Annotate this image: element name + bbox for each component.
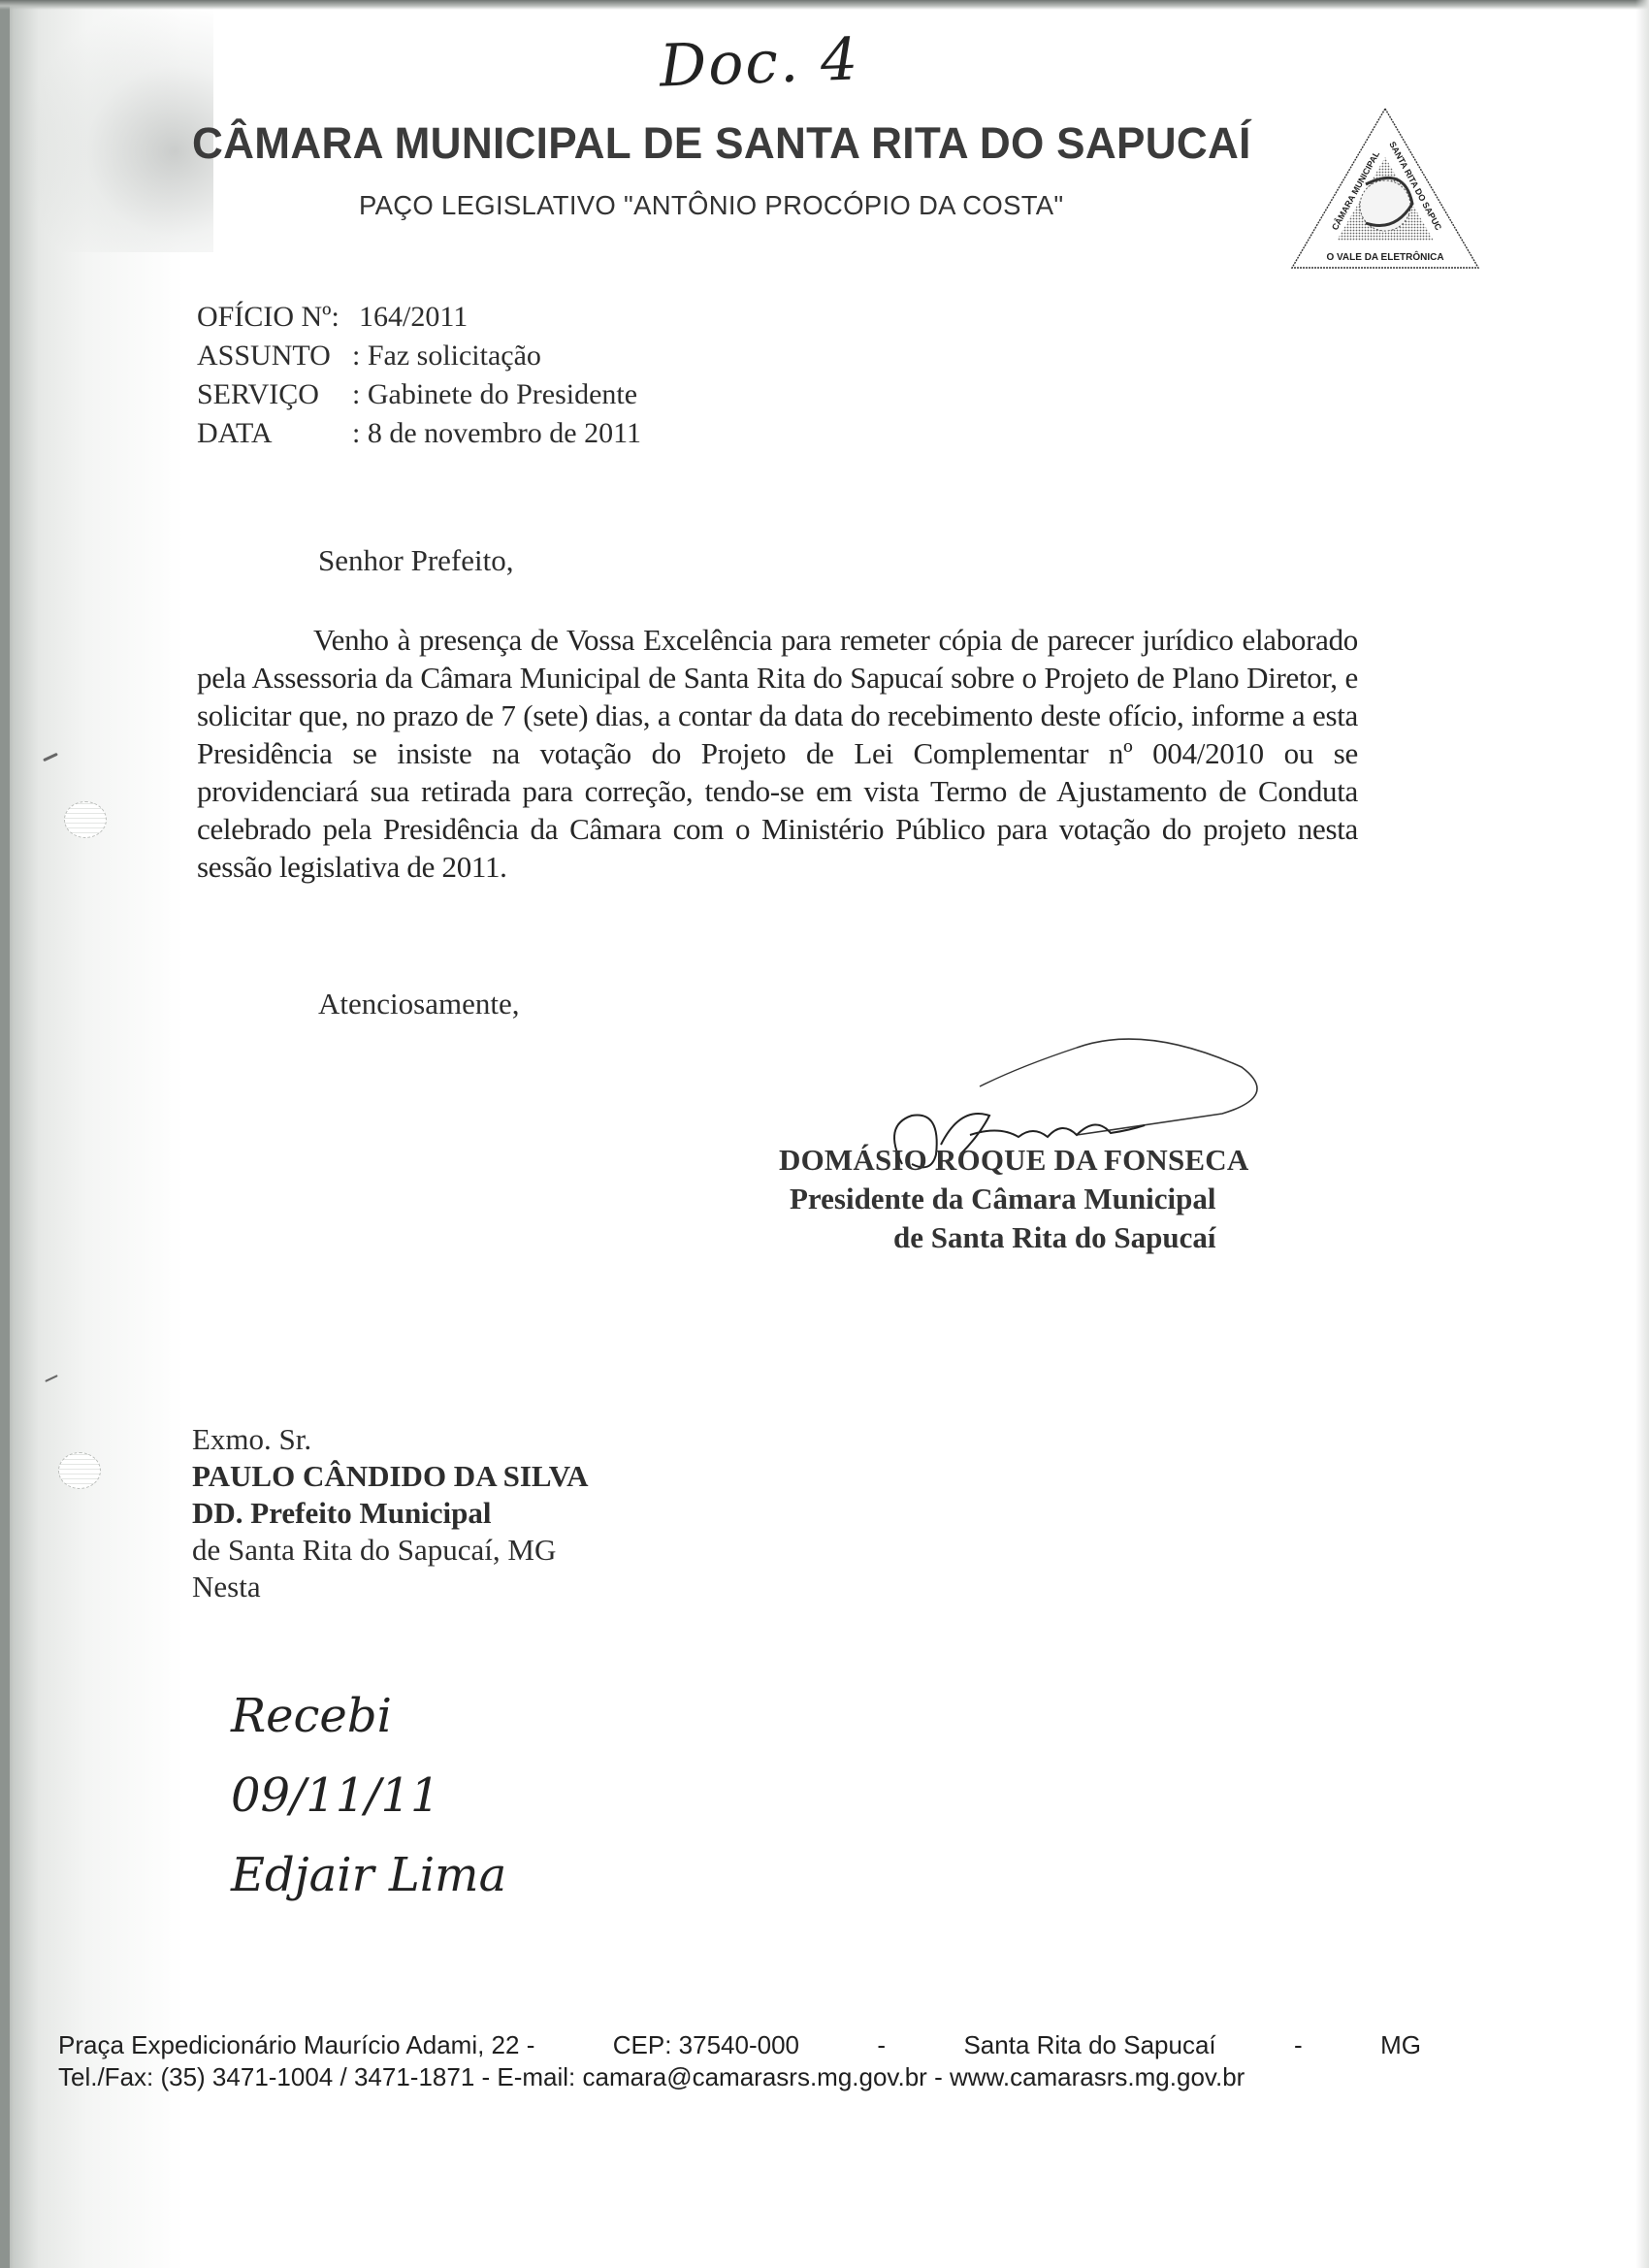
signer-place: de Santa Rita do Sapucaí: [779, 1218, 1248, 1257]
scan-fold-shadow: [19, 0, 213, 252]
meta-row-servico: SERVIÇO : Gabinete do Presidente: [197, 375, 641, 414]
scan-edge-right: [1635, 0, 1649, 2268]
closing: Atenciosamente,: [318, 987, 519, 1021]
recipient-delivery: Nesta: [192, 1569, 589, 1605]
meta-label: OFÍCIO Nº:: [197, 298, 359, 337]
letter-meta: OFÍCIO Nº: 164/2011 ASSUNTO : Faz solici…: [197, 298, 641, 453]
recipient-title: DD. Prefeito Municipal: [192, 1495, 589, 1532]
receipt-signature: Edjair Lima: [231, 1835, 506, 1915]
recipient-name: PAULO CÂNDIDO DA SILVA: [192, 1458, 589, 1495]
footer-sep: -: [1294, 2029, 1303, 2061]
meta-value: : Gabinete do Presidente: [352, 375, 637, 414]
letter-body: Venho à presença de Vossa Excelência par…: [197, 621, 1358, 886]
meta-row-oficio: OFÍCIO Nº: 164/2011: [197, 298, 641, 337]
meta-row-data: DATA : 8 de novembro de 2011: [197, 414, 641, 453]
svg-text:O VALE DA ELETRÔNICA: O VALE DA ELETRÔNICA: [1326, 250, 1443, 263]
recipient-place: de Santa Rita do Sapucaí, MG: [192, 1532, 589, 1569]
meta-value: : Faz solicitação: [352, 337, 541, 375]
letterhead-footer: Praça Expedicionário Maurício Adami, 22 …: [58, 2029, 1421, 2093]
scan-edge-left: [0, 0, 10, 2268]
recipient-block: Exmo. Sr. PAULO CÂNDIDO DA SILVA DD. Pre…: [192, 1421, 589, 1605]
meta-label: ASSUNTO: [197, 337, 352, 375]
footer-contact: Tel./Fax: (35) 3471-1004 / 3471-1871 - E…: [58, 2061, 1421, 2093]
receipt-line: Recebi: [231, 1676, 506, 1756]
salutation: Senhor Prefeito,: [318, 543, 513, 578]
footer-street: Praça Expedicionário Maurício Adami, 22 …: [58, 2029, 534, 2061]
punch-hole: [64, 801, 107, 838]
meta-label: DATA: [197, 414, 352, 453]
doc-label-handwritten: Doc. 4: [659, 25, 860, 100]
punch-hole: [58, 1452, 101, 1489]
meta-label: SERVIÇO: [197, 375, 352, 414]
receipt-date: 09/11/11: [231, 1756, 506, 1835]
recipient-greeting: Exmo. Sr.: [192, 1421, 589, 1458]
signer-name: DOMÁSIO ROQUE DA FONSECA: [779, 1141, 1248, 1180]
letterhead-subtitle: PAÇO LEGISLATIVO "ANTÔNIO PROCÓPIO DA CO…: [359, 190, 1063, 221]
footer-cep: CEP: 37540-000: [613, 2029, 799, 2061]
meta-value: : 8 de novembro de 2011: [352, 414, 641, 453]
footer-sep: -: [877, 2029, 886, 2061]
letterhead-title: CÂMARA MUNICIPAL DE SANTA RITA DO SAPUCA…: [192, 118, 1295, 169]
meta-row-assunto: ASSUNTO : Faz solicitação: [197, 337, 641, 375]
footer-city: Santa Rita do Sapucaí: [963, 2029, 1215, 2061]
scan-shadow-left: [0, 0, 184, 2268]
meta-value: 164/2011: [359, 298, 468, 337]
signer-role: Presidente da Câmara Municipal: [779, 1180, 1248, 1218]
footer-address: Praça Expedicionário Maurício Adami, 22 …: [58, 2029, 1421, 2061]
receipt-note-handwritten: Recebi 09/11/11 Edjair Lima: [231, 1676, 506, 1915]
triangle-seal-icon: CÂMARA MUNICIPAL SANTA RITA DO SAPUCAÍ O…: [1288, 107, 1482, 272]
signer-block: DOMÁSIO ROQUE DA FONSECA Presidente da C…: [779, 1141, 1248, 1257]
scan-edge-top: [0, 0, 1649, 10]
footer-state: MG: [1380, 2029, 1421, 2061]
